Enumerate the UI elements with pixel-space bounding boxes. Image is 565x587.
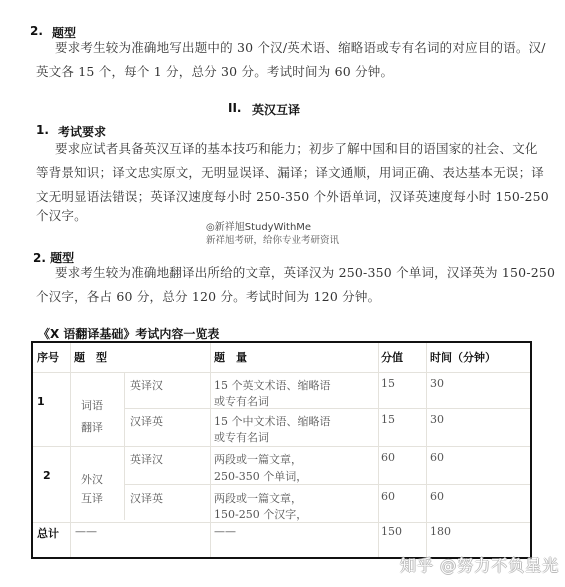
row-divider [33, 372, 530, 373]
sub-amount: 或专有名词 [214, 393, 269, 409]
header-score: 分值 [381, 349, 403, 365]
total-amount: —— [214, 525, 236, 538]
total-time: 180 [430, 525, 451, 538]
row-seq: 1 [37, 395, 45, 408]
sub-amount: 250-350 个单词， [214, 468, 307, 484]
paragraph-line: 等背景知识；译文忠实原文，无明显误译、漏译；译文通顺，用词正确、表达基本无误；译 [36, 161, 544, 185]
section-number: 2. [30, 24, 43, 38]
row-group: 互译 [81, 490, 103, 506]
sub-time: 30 [430, 377, 444, 390]
header-seq: 序号 [37, 349, 59, 365]
column-divider [210, 343, 211, 557]
column-divider [70, 343, 71, 557]
row-divider [33, 446, 530, 447]
sub-amount: 两段或一篇文章， [214, 451, 302, 467]
row-group: 翻译 [81, 419, 103, 435]
row-divider [124, 408, 530, 409]
exam-content-table: 序号 题 型 题 量 分值 时间（分钟） 1 词语 翻译 英译汉 15 个英文术… [31, 341, 532, 559]
paragraph-line: 文无明显语法错误；英译汉速度每小时 250-350 个外语单词，汉译英速度每小时… [36, 185, 549, 209]
sub-amount: 15 个中文术语、缩略语 [214, 413, 331, 429]
sub-type: 英译汉 [130, 377, 163, 393]
sub-type: 汉译英 [130, 413, 163, 429]
column-divider [378, 343, 379, 557]
chapter-title: 英汉互译 [252, 101, 300, 118]
zhihu-watermark: 知乎 @努力不负星光 [400, 553, 559, 576]
paragraph-line: 个汉字，各占 60 分，总分 120 分。考试时间为 120 分钟。 [36, 285, 380, 309]
row-group: 外汉 [81, 471, 103, 487]
total-label: 总计 [37, 525, 59, 541]
sub-time: 30 [430, 413, 444, 426]
sub-amount: 150-250 个汉字， [214, 506, 307, 522]
sub-type: 汉译英 [130, 490, 163, 506]
sub-amount: 15 个英文术语、缩略语 [214, 377, 331, 393]
row-group: 词语 [81, 397, 103, 413]
row-seq: 2 [43, 469, 51, 482]
sub-score: 15 [381, 377, 395, 390]
total-score: 150 [381, 525, 402, 538]
paragraph-line: 要求考生较为准确地翻译出所给的文章，英译汉为 250-350 个单词，汉译英为 … [55, 261, 555, 285]
header-amount: 题 量 [214, 349, 247, 365]
column-divider [426, 343, 427, 557]
total-type: —— [75, 525, 97, 538]
section-number: 1. [36, 123, 49, 137]
sub-amount: 或专有名词 [214, 429, 269, 445]
paragraph-line: 个汉字。 [36, 204, 87, 228]
sub-type: 英译汉 [130, 451, 163, 467]
chapter-number: II. [228, 101, 242, 115]
sub-time: 60 [430, 490, 444, 503]
table-title: 《X 语翻译基础》考试内容一览表 [38, 325, 219, 342]
header-type: 题 型 [74, 349, 107, 365]
sub-amount: 两段或一篇文章， [214, 490, 302, 506]
watermark-tagline: 新祥旭考研，给你专业考研资讯 [206, 232, 339, 246]
sub-score: 15 [381, 413, 395, 426]
sub-score: 60 [381, 490, 395, 503]
row-divider [33, 522, 530, 523]
sub-time: 60 [430, 451, 444, 464]
paragraph-line: 要求考生较为准确地写出题中的 30 个汉/英术语、缩略语或专有名词的对应目的语。… [55, 36, 546, 60]
row-divider [124, 484, 530, 485]
watermark-account: ◎新祥旭StudyWithMe [206, 218, 311, 233]
paragraph-line: 英文各 15 个，每个 1 分，总分 30 分。考试时间为 60 分钟。 [36, 60, 393, 84]
paragraph-line: 要求应试者具备英汉互译的基本技巧和能力；初步了解中国和目的语国家的社会、文化 [55, 137, 538, 161]
sub-score: 60 [381, 451, 395, 464]
header-time: 时间（分钟） [430, 349, 496, 365]
